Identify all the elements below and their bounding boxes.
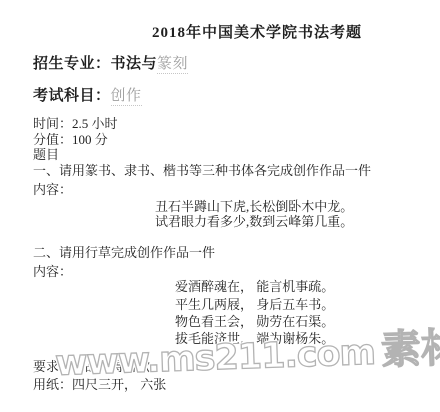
section2-poem-line: 拔毛能济世， 端为谢杨朱。 <box>175 331 334 346</box>
section2-poem-line: 平生几两屐， 身后五车书。 <box>175 297 334 312</box>
paper-line: 用纸：四尺三开， 六张 <box>33 377 166 392</box>
exam-document: 2018年中国美术学院书法考题 招生专业：书法与篆刻 考试科目：创作 时间：2.… <box>0 0 440 412</box>
major-label: 招生专业： <box>33 56 111 72</box>
field-major: 招生专业：书法与篆刻 <box>33 57 188 72</box>
subject-label: 考试科目： <box>33 88 111 104</box>
section1-heading: 一、请用篆书、隶书、楷书等三种书体各完成创作作品一件 <box>33 163 371 178</box>
page-title: 2018年中国美术学院书法考题 <box>152 26 362 41</box>
meta-time: 时间：2.5 小时 <box>33 116 118 131</box>
paper-label: 用纸： <box>33 377 72 392</box>
requirement-line: 要求：作品不得署款 <box>33 359 150 374</box>
time-label: 时间： <box>33 116 72 131</box>
score-value: 100 分 <box>72 132 108 147</box>
section1-poem-line: 丑石半蹲山下虎,长松倒卧木中龙。 <box>155 199 353 214</box>
major-link[interactable]: 篆刻 <box>157 56 188 74</box>
requirement-label: 要求： <box>33 359 72 374</box>
requirement-value: 作品不得署款 <box>72 359 150 374</box>
section2-content-label: 内容： <box>33 264 72 279</box>
score-label: 分值： <box>33 132 72 147</box>
section1-poem-line: 试君眼力看多少,数到云峰第几重。 <box>155 214 353 229</box>
section2-heading: 二、请用行草完成创作作品一件 <box>33 245 215 260</box>
major-value: 书法与 <box>111 56 158 72</box>
section2-poem-line: 爱酒醉魂在， 能言机事疏。 <box>175 279 334 294</box>
watermark-suffix-text: 素材 <box>380 325 440 374</box>
subject-link[interactable]: 创作 <box>111 88 142 106</box>
field-subject: 考试科目：创作 <box>33 89 142 104</box>
meta-score: 分值：100 分 <box>33 132 108 147</box>
section1-content-label: 内容： <box>33 182 72 197</box>
questions-heading: 题目 <box>33 147 59 162</box>
section2-poem-line: 物色看王会， 勋劳在石渠。 <box>175 314 334 329</box>
paper-value: 四尺三开， 六张 <box>72 377 166 392</box>
time-value: 2.5 小时 <box>72 116 118 131</box>
